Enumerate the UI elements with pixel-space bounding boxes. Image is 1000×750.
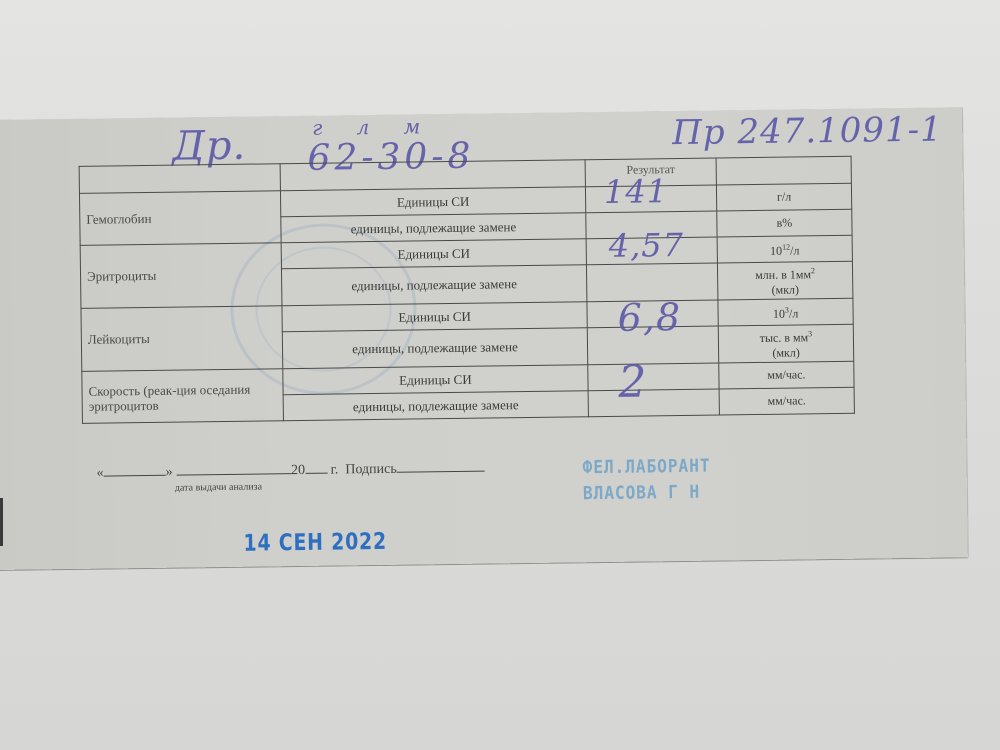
unit-line1: тыс. в мм <box>760 330 809 345</box>
result-hemoglobin: 141 <box>604 172 669 211</box>
result-cell: 4,57 <box>586 237 717 265</box>
unit-line2: (мкл) <box>771 282 799 296</box>
lab-assistant-stamp: ФЕЛ.ЛАБОРАНТ ВЛАСОВА Г Н <box>582 454 711 508</box>
date-caption: дата выдачи анализа <box>175 481 262 493</box>
date-stamp: 14 СЕН 2022 <box>243 529 387 557</box>
edge-mark <box>0 498 3 546</box>
unit-cell: мм/час. <box>719 387 854 415</box>
handwritten-doctor-initial: Др. <box>172 123 246 170</box>
unit-cell: млн. в 1мм2(мкл) <box>717 261 852 300</box>
signature-blank <box>397 471 485 473</box>
unit-kind-cell: единицы, подлежащие замене <box>282 328 587 369</box>
unit-tail: /л <box>790 243 800 257</box>
unit-cell: 1012/л <box>717 235 852 263</box>
result-cell <box>587 326 718 365</box>
signature-label: Подпись <box>345 462 397 478</box>
handwritten-reference: Пр 247.1091-1 <box>672 110 943 154</box>
header-cell-name <box>79 164 280 194</box>
unit-cell: г/л <box>716 183 851 211</box>
year-suffix: г. <box>331 462 339 477</box>
analysis-slip: Др. г л м 62-30-8 Пр 247.1091-1 Результа… <box>0 107 968 570</box>
result-erythrocytes: 4,57 <box>608 226 684 265</box>
results-table: Результат Гемоглобин Единицы СИ 141 г/л … <box>79 156 855 424</box>
unit-kind-cell: единицы, подлежащие замене <box>281 265 586 306</box>
unit-kind-cell: единицы, подлежащие замене <box>283 391 588 421</box>
unit-kind-cell: Единицы СИ <box>283 365 588 395</box>
unit-tail: /л <box>789 306 799 320</box>
unit-cell: 103/л <box>718 298 853 326</box>
lab-stamp-line1: ФЕЛ.ЛАБОРАНТ <box>582 454 710 482</box>
unit-exponent: 2 <box>811 266 815 275</box>
year-prefix: 20 <box>291 463 305 478</box>
header-cell-unit-kind <box>280 160 585 191</box>
result-cell <box>588 389 719 417</box>
unit-base: 10 <box>770 244 782 258</box>
unit-kind-cell: единицы, подлежащие замене <box>281 213 586 243</box>
date-open-quote: « <box>97 466 104 481</box>
year-blank <box>305 473 327 474</box>
issue-date-signature-line: «» 20 г. Подпись <box>97 461 485 482</box>
day-blank <box>104 475 166 477</box>
unit-kind-cell: Единицы СИ <box>282 302 587 332</box>
row-name-leukocytes: Лейкоциты <box>81 306 283 372</box>
result-cell: 2 <box>588 363 719 391</box>
unit-cell: мм/час. <box>719 361 854 389</box>
date-close-quote: » <box>166 465 173 480</box>
unit-line1: млн. в 1мм <box>755 267 811 282</box>
unit-base: 10 <box>773 307 785 321</box>
form-area: Результат Гемоглобин Единицы СИ 141 г/л … <box>79 156 855 424</box>
row-name-hemoglobin: Гемоглобин <box>79 191 281 246</box>
row-name-esr: Скорость (реак-ция оседания эритроцитов <box>82 369 284 424</box>
unit-line2: (мкл) <box>772 345 800 359</box>
lab-stamp-line2: ВЛАСОВА Г Н <box>583 480 711 508</box>
unit-kind-cell: Единицы СИ <box>280 187 585 217</box>
unit-cell: тыс. в мм3(мкл) <box>718 324 853 363</box>
unit-cell: в% <box>717 209 852 237</box>
unit-exponent: 3 <box>808 329 812 338</box>
unit-kind-cell: Единицы СИ <box>281 239 586 269</box>
result-cell: 6,8 <box>587 300 718 328</box>
header-cell-unit <box>716 156 851 185</box>
row-name-erythrocytes: Эритроциты <box>80 243 282 309</box>
result-cell: 141 <box>585 185 716 213</box>
month-blank <box>176 473 291 476</box>
